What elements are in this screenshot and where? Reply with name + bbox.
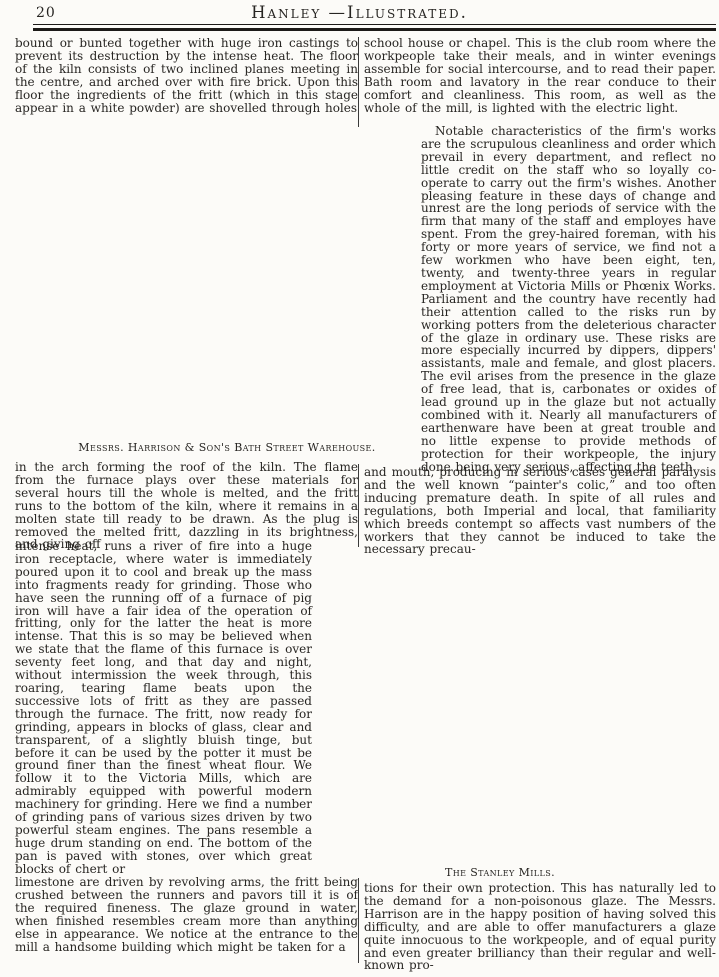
left-illustration-caption: Messrs. Harrison & Son's Bath Street War… <box>37 441 417 454</box>
left-paragraph-kiln-narrow: intense heat, runs a river of fire into … <box>15 540 312 876</box>
left-paragraph-intro: bound or bunted together with huge iron … <box>15 37 358 114</box>
column-divider-rule-top <box>358 37 359 127</box>
header-double-rule <box>33 24 716 31</box>
right-paragraph-firm-wide: and mouth, producing in serious cases ge… <box>364 466 716 556</box>
right-illustration-caption: The Stanley Mills. <box>364 866 636 879</box>
column-divider-rule-middle <box>358 464 359 547</box>
left-paragraph-kiln-wide: in the arch forming the roof of the kiln… <box>15 461 358 551</box>
right-paragraph-firm-narrow: Notable characteristics of the firm's wo… <box>421 125 716 473</box>
right-paragraph-club: school house or chapel. This is the club… <box>364 37 716 114</box>
column-divider-rule-bottom <box>358 878 359 963</box>
left-paragraph-kiln-end: limestone are driven by revolving arms, … <box>15 876 358 953</box>
right-paragraph-glaze: tions for their own protection. This has… <box>364 882 716 972</box>
running-title: Hanley —Illustrated. <box>0 3 719 22</box>
book-page: 20 Hanley —Illustrated. bound or bunted … <box>0 0 719 977</box>
